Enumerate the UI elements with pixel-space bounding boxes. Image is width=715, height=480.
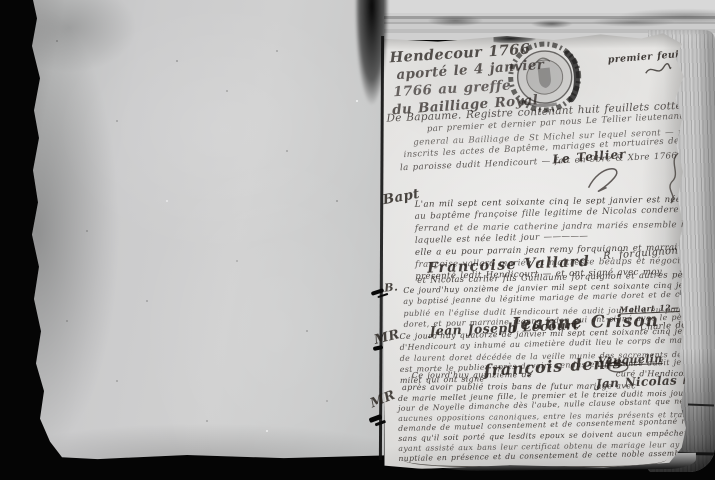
closing-underline-flourish [402,452,666,467]
paper-speckles [26,0,28,2]
register-written-page: premier feuillet Hendecour 1766aporté le… [381,33,697,469]
scanned-register-photograph: premier feuillet Hendecour 1766aporté le… [0,0,715,480]
underleaf-rule-line [688,404,714,407]
left-blank-page [26,0,384,460]
margin-note-b: B. [384,280,399,294]
signature-paraph [582,161,630,195]
gutter-shadow [350,0,392,138]
folio-flourish [644,61,672,79]
